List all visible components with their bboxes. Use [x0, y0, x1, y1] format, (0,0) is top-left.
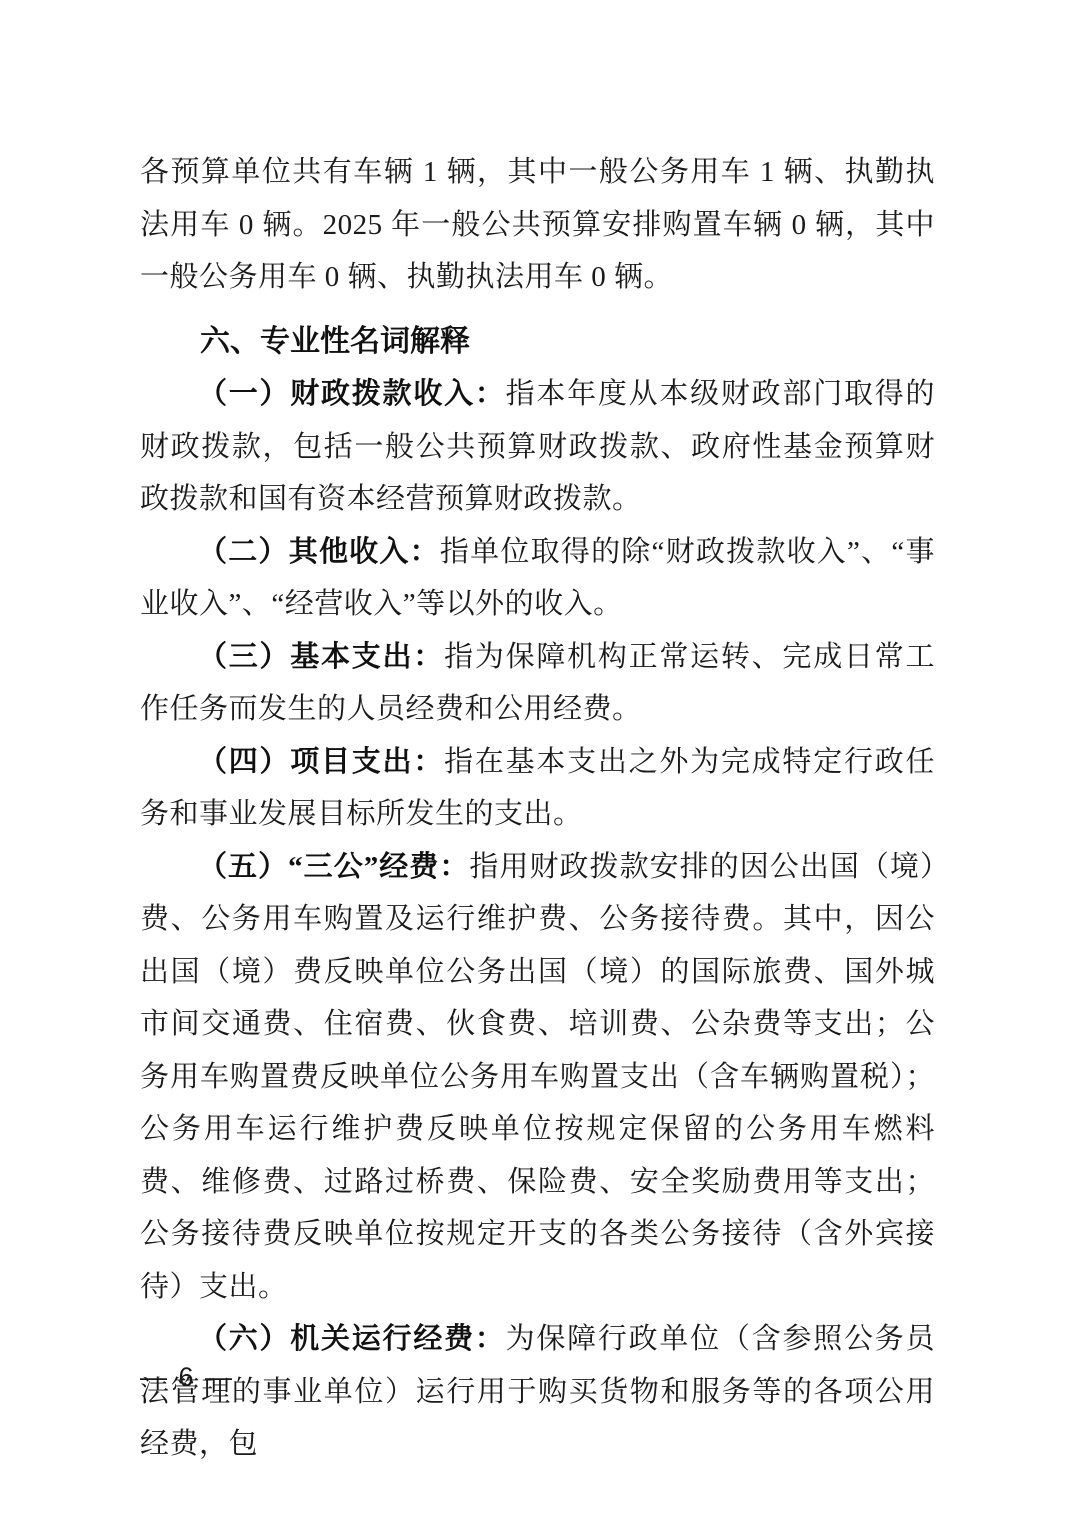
- definition-text: 指用财政拨款安排的因公出国（境）费、公务用车购置及运行维护费、公务接待费。其中，…: [140, 851, 935, 1303]
- definition-paragraph: （一）财政拨款收入：指本年度从本级财政部门取得的财政拨款，包括一般公共预算财政拨…: [140, 368, 935, 526]
- definition-term: （一）财政拨款收入：: [198, 378, 506, 410]
- section-heading: 六、专业性名词解释: [140, 316, 935, 369]
- definition-paragraph: （三）基本支出：指为保障机构正常运转、完成日常工作任务而发生的人员经费和公用经费…: [140, 631, 935, 736]
- definition-term: （二）其他收入：: [198, 536, 440, 568]
- paragraph-vehicle-counts: 各预算单位共有车辆 1 辆，其中一般公务用车 1 辆、执勤执法用车 0 辆。20…: [140, 146, 935, 304]
- definition-paragraph: （四）项目支出：指在基本支出之外为完成特定行政任务和事业发展目标所发生的支出。: [140, 736, 935, 841]
- definition-term: （六）机关运行经费：: [198, 1323, 506, 1355]
- definition-term: （五）“三公”经费：: [198, 851, 469, 883]
- page-number: — 6 —: [140, 1362, 234, 1393]
- definition-term: （四）项目支出：: [198, 746, 444, 778]
- definition-paragraph: （二）其他收入：指单位取得的除“财政拨款收入”、“事业收入”、“经营收入”等以外…: [140, 526, 935, 631]
- definition-term: （三）基本支出：: [198, 641, 444, 673]
- definition-paragraph: （五）“三公”经费：指用财政拨款安排的因公出国（境）费、公务用车购置及运行维护费…: [140, 841, 935, 1314]
- definition-paragraph: （六）机关运行经费：为保障行政单位（含参照公务员法管理的事业单位）运行用于购买货…: [140, 1313, 935, 1471]
- document-page: 各预算单位共有车辆 1 辆，其中一般公务用车 1 辆、执勤执法用车 0 辆。20…: [0, 0, 1074, 1520]
